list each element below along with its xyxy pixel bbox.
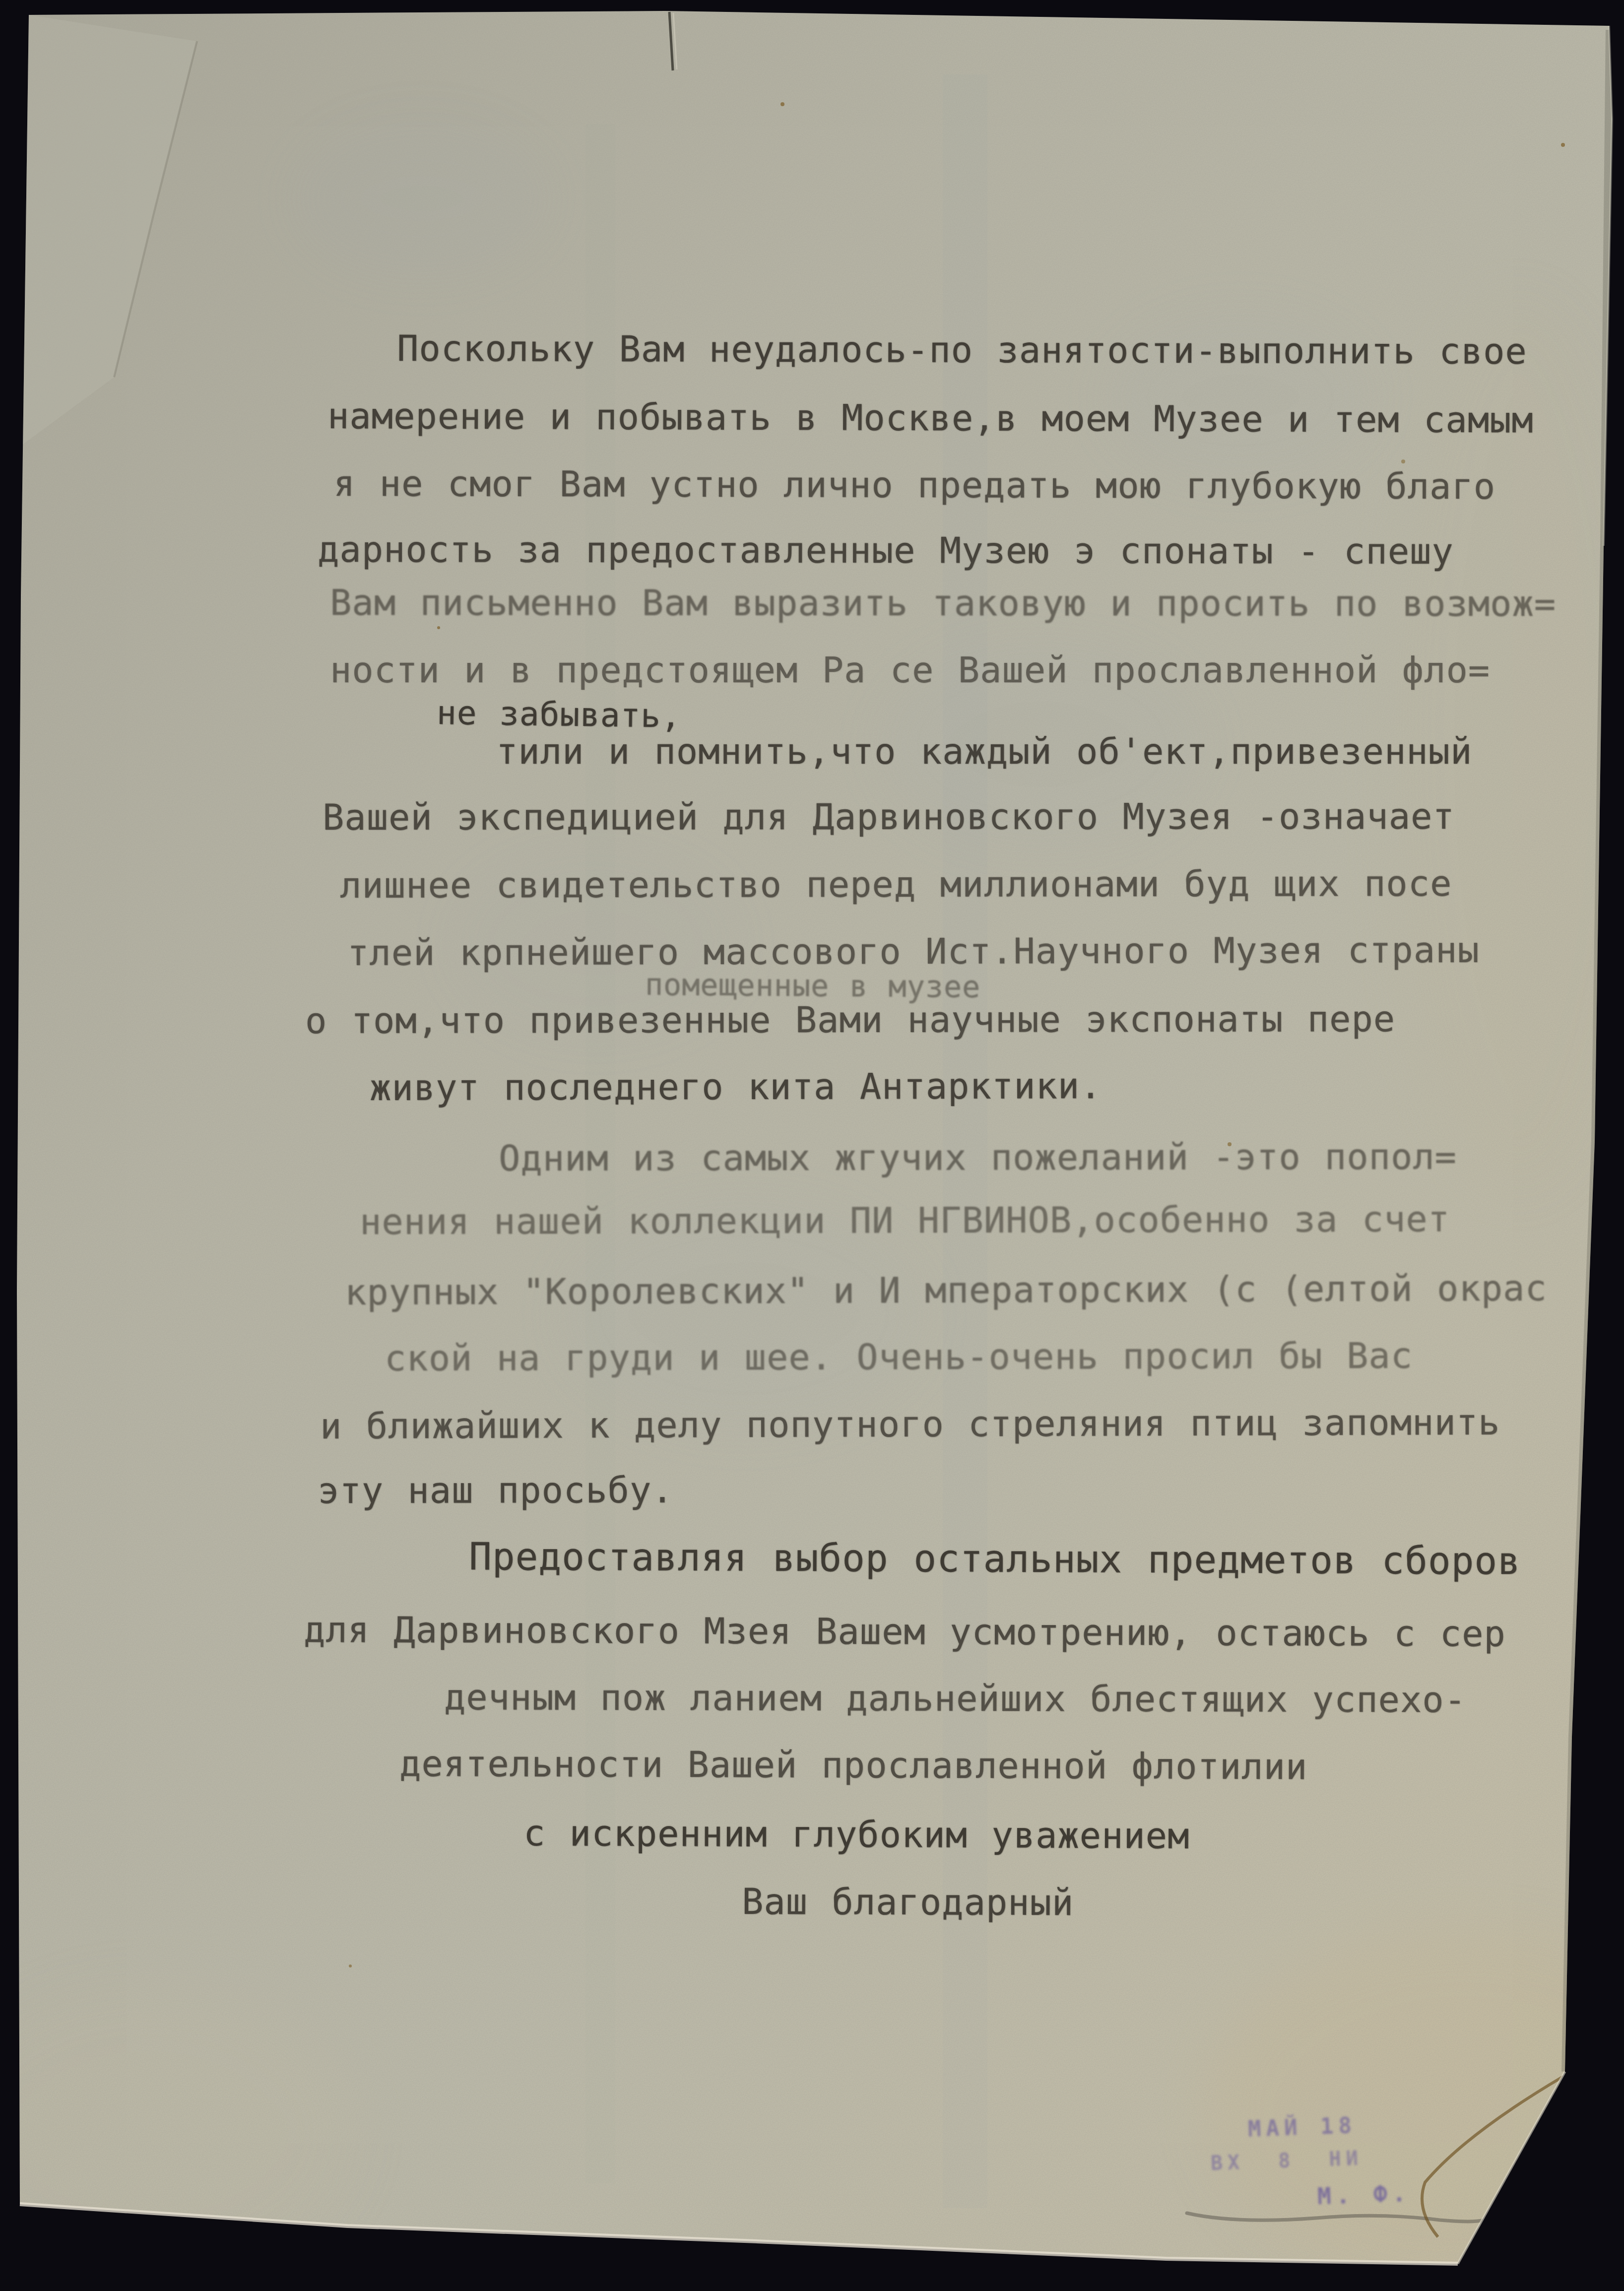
paper-grain <box>0 0 1624 2291</box>
scan-background: Поскольку Вам неудалось-по занятости-вып… <box>0 0 1624 2291</box>
speck <box>1561 143 1565 147</box>
speck <box>780 102 784 106</box>
speck <box>437 626 440 629</box>
paper-sheet <box>0 0 1624 2291</box>
speck <box>1228 1142 1232 1146</box>
speck <box>1401 459 1405 463</box>
speck <box>349 1964 352 1967</box>
